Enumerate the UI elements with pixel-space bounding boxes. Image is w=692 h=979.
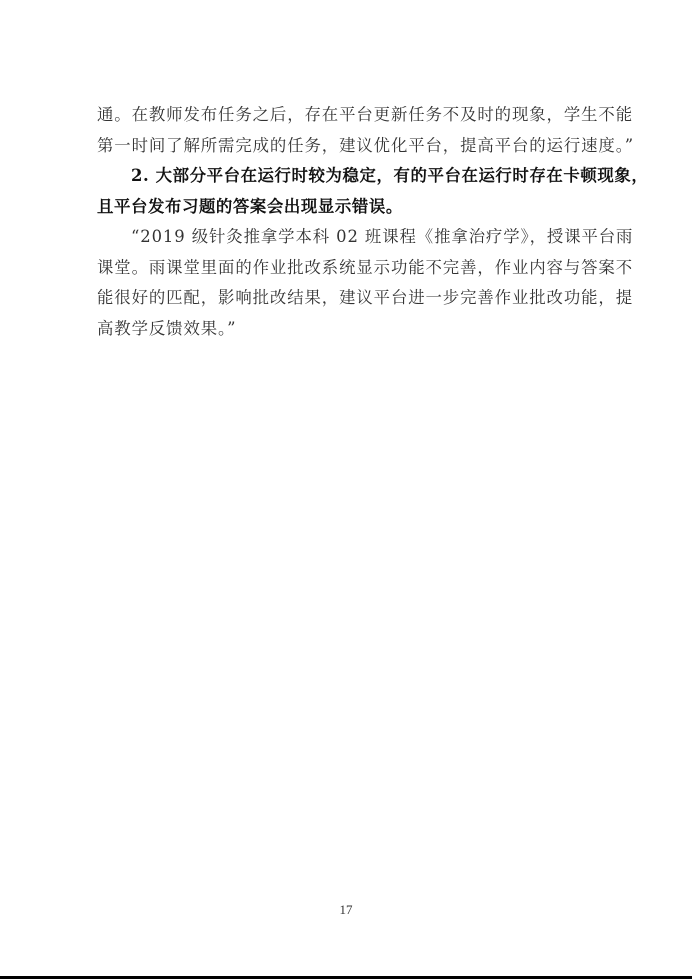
heading-line: 且平台发布习题的答案会出现显示错误。 — [97, 192, 607, 223]
text-line: 通。在教师发布任务之后，存在平台更新任务不及时的现象，学生不能 — [97, 100, 607, 131]
page-body: 通。在教师发布任务之后，存在平台更新任务不及时的现象，学生不能 第一时间了解所需… — [97, 100, 607, 344]
paragraph-quote-continuation: 通。在教师发布任务之后，存在平台更新任务不及时的现象，学生不能 第一时间了解所需… — [97, 100, 607, 161]
text-line: 第一时间了解所需完成的任务，建议优化平台，提高平台的运行速度。” — [97, 131, 607, 162]
text-line: 课堂。雨课堂里面的作业批改系统显示功能不完善，作业内容与答案不 — [97, 253, 607, 284]
page-number: 17 — [0, 902, 692, 918]
document-page: 通。在教师发布任务之后，存在平台更新任务不及时的现象，学生不能 第一时间了解所需… — [0, 0, 692, 975]
heading-line: 2. 大部分平台在运行时较为稳定，有的平台在运行时存在卡顿现象， — [97, 161, 607, 192]
text-line: 高教学反馈效果。” — [97, 314, 607, 345]
paragraph-bold-heading: 2. 大部分平台在运行时较为稳定，有的平台在运行时存在卡顿现象， 且平台发布习题… — [97, 161, 607, 222]
text-line: 能很好的匹配，影响批改结果，建议平台进一步完善作业批改功能，提 — [97, 283, 607, 314]
paragraph-quote: “2019 级针灸推拿学本科 02 班课程《推拿治疗学》，授课平台雨 课堂。雨课… — [97, 222, 607, 344]
text-line: “2019 级针灸推拿学本科 02 班课程《推拿治疗学》，授课平台雨 — [97, 222, 607, 253]
